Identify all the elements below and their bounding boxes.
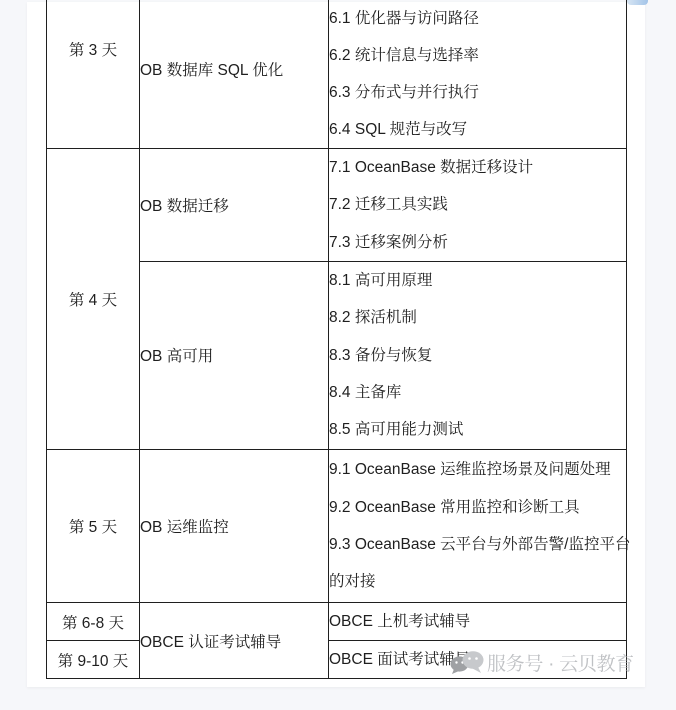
table-row: 第 6-8 天 OBCE 认证考试辅导 OBCE 上机考试辅导 bbox=[47, 602, 627, 640]
day-label: 第 3 天 bbox=[69, 42, 117, 59]
topic-item: 9.3 OceanBase 云平台与外部告警/监控平台 bbox=[329, 526, 626, 563]
topic-item: 6.4 SQL 规范与改写 bbox=[329, 111, 626, 148]
topics-cell: 7.1 OceanBase 数据迁移设计 7.2 迁移工具实践 7.3 迁移案例… bbox=[329, 149, 627, 262]
module-cell: OB 数据迁移 bbox=[140, 149, 329, 262]
module-cell: OB 数据库 SQL 优化 bbox=[140, 0, 329, 149]
topic-item: 8.2 探活机制 bbox=[329, 299, 626, 336]
day-label: 第 9-10 天 bbox=[58, 653, 129, 670]
table-row: 第 5 天 OB 运维监控 9.1 OceanBase 运维监控场景及问题处理 … bbox=[47, 449, 627, 602]
module-label: OB 运维监控 bbox=[140, 519, 229, 536]
table-row: 第 9-10 天 OBCE 面试考试辅导 bbox=[47, 641, 627, 679]
day-cell: 第 6-8 天 bbox=[47, 602, 140, 640]
module-label: OB 数据库 SQL 优化 bbox=[140, 62, 283, 79]
day-cell: 第 9-10 天 bbox=[47, 641, 140, 679]
module-cell: OB 高可用 bbox=[140, 261, 329, 449]
topic-item-wrap: 的对接 bbox=[329, 563, 626, 600]
topic-item: 8.5 高可用能力测试 bbox=[329, 411, 626, 448]
top-right-pill-fragment bbox=[627, 0, 648, 5]
topic-item: 6.1 优化器与访问路径 bbox=[329, 0, 626, 37]
topic-item: 8.1 高可用原理 bbox=[329, 262, 626, 299]
topics-cell: 9.1 OceanBase 运维监控场景及问题处理 9.2 OceanBase … bbox=[329, 449, 627, 602]
table-row: 第 4 天 OB 数据迁移 7.1 OceanBase 数据迁移设计 7.2 迁… bbox=[47, 149, 627, 262]
course-schedule-table: 第 3 天 OB 数据库 SQL 优化 6.1 优化器与访问路径 6.2 统计信… bbox=[46, 0, 627, 679]
module-label: OB 高可用 bbox=[140, 348, 213, 365]
module-label: OB 数据迁移 bbox=[140, 198, 229, 215]
topic-item: 8.3 备份与恢复 bbox=[329, 337, 626, 374]
topics-cell: 6.1 优化器与访问路径 6.2 统计信息与选择率 6.3 分布式与并行执行 6… bbox=[329, 0, 627, 149]
day-label: 第 4 天 bbox=[69, 292, 117, 309]
topic-item: OBCE 面试考试辅导 bbox=[329, 641, 626, 678]
day-label: 第 6-8 天 bbox=[62, 615, 124, 632]
day-label: 第 5 天 bbox=[69, 519, 117, 536]
day-cell: 第 4 天 bbox=[47, 149, 140, 450]
module-cell: OBCE 认证考试辅导 bbox=[140, 602, 329, 679]
topic-item: 7.1 OceanBase 数据迁移设计 bbox=[329, 149, 626, 186]
topics-cell: OBCE 上机考试辅导 bbox=[329, 602, 627, 640]
topic-item: 8.4 主备库 bbox=[329, 374, 626, 411]
topic-item: 9.2 OceanBase 常用监控和诊断工具 bbox=[329, 489, 626, 526]
topic-item: 6.2 统计信息与选择率 bbox=[329, 37, 626, 74]
topic-item: 7.2 迁移工具实践 bbox=[329, 186, 626, 223]
topic-item: 9.1 OceanBase 运维监控场景及问题处理 bbox=[329, 451, 626, 488]
page: 第 3 天 OB 数据库 SQL 优化 6.1 优化器与访问路径 6.2 统计信… bbox=[0, 0, 676, 710]
table-row: 第 3 天 OB 数据库 SQL 优化 6.1 优化器与访问路径 6.2 统计信… bbox=[47, 0, 627, 149]
module-cell: OB 运维监控 bbox=[140, 449, 329, 602]
topic-item: 7.3 迁移案例分析 bbox=[329, 224, 626, 261]
topic-item: 6.3 分布式与并行执行 bbox=[329, 74, 626, 111]
day-cell: 第 5 天 bbox=[47, 449, 140, 602]
module-label: OBCE 认证考试辅导 bbox=[140, 634, 281, 651]
topics-cell: OBCE 面试考试辅导 bbox=[329, 641, 627, 679]
topics-cell: 8.1 高可用原理 8.2 探活机制 8.3 备份与恢复 8.4 主备库 8.5… bbox=[329, 261, 627, 449]
day-cell: 第 3 天 bbox=[47, 0, 140, 149]
topic-item: OBCE 上机考试辅导 bbox=[329, 603, 626, 640]
